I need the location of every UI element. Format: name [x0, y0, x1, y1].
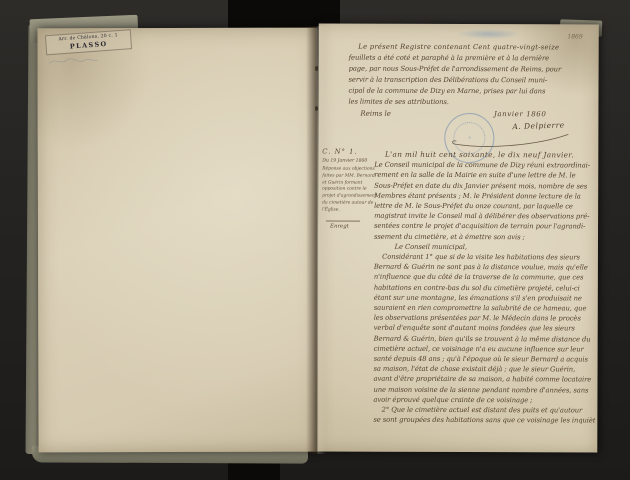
scanned-register-spread: Arr. de Châlons, 20 c. 1 PLASSO 1869 Le …: [0, 0, 630, 480]
handwritten-line: feuillets a été coté et paraphé à la pre…: [349, 53, 593, 65]
pencil-folio-number: 1869: [567, 33, 582, 40]
scanner-background-notch-bottom: [228, 462, 280, 480]
binding-stitch-icon: [315, 66, 318, 71]
handwritten-line: cipal de la commune de Dizy en Marne, pr…: [348, 86, 592, 98]
handwritten-line: Sous-Préfet en date du dix Janvier prése…: [374, 180, 596, 191]
margin-annotations: C. N° 1. Du 19 Janvier 1860 Réponse aux …: [322, 148, 374, 230]
handwritten-line: Réponse aux objections: [322, 167, 374, 174]
handwritten-line: ssement du cimetière, et à émettre son a…: [374, 231, 596, 242]
date-label: Janvier 1860: [494, 110, 546, 118]
binding-stitch-icon: [315, 106, 318, 111]
handwritten-line: une maison voisine de la sienne pendant …: [373, 384, 595, 395]
handwritten-line: Bernard & Guérin, bien qu'ils se trouven…: [374, 333, 596, 344]
place-label: Reims le: [360, 110, 391, 118]
deliberation-date: Du 19 Janvier 1860: [322, 159, 374, 164]
prefect-certification-paragraph: Le présent Registre contenant Cent quatr…: [348, 42, 592, 109]
handwritten-line: sentées contre le projet d'acquisition d…: [374, 221, 596, 232]
deliberation-body-text: L'an mil huit cent soixante, le dix neuf…: [373, 150, 596, 426]
handwritten-line: faites par MM. Bernard: [322, 173, 374, 180]
margin-rule: [326, 220, 360, 221]
handwritten-line: servir à la transcription des Délibérati…: [349, 75, 593, 87]
handwritten-line: les limites de ses attributions.: [348, 97, 592, 109]
handwritten-line: Le présent Registre contenant Cent quatr…: [349, 42, 593, 54]
ink-smear: [457, 29, 521, 39]
book-gutter-shadow: [306, 26, 326, 454]
archive-stamp-label: Arr. de Châlons, 20 c. 1 PLASSO: [45, 29, 132, 55]
handwritten-line: rement en la salle de la Mairie en suite…: [374, 170, 596, 181]
handwritten-line: page, par nous Sous-Préfet de l'arrondis…: [349, 64, 593, 76]
right-page: 1869 Le présent Registre contenant Cent …: [317, 24, 598, 453]
margin-approval: Enregt: [330, 223, 374, 229]
handwritten-line: verbal d'enquête sont d'autant moins fon…: [374, 323, 596, 334]
round-stamp-center: ✳: [467, 136, 471, 141]
deliberation-number: C. N° 1.: [322, 148, 374, 156]
margin-note: Réponse aux objectionsfaites par MM. Ber…: [322, 167, 374, 215]
handwritten-line: l'Église.: [322, 207, 374, 214]
left-page: Arr. de Châlons, 20 c. 1 PLASSO: [37, 28, 318, 453]
handwritten-line: du cimetière autour de: [322, 201, 374, 208]
handwritten-line: habitations en contre-bas du sol du cime…: [374, 282, 596, 293]
handwritten-line: se sont groupées des habitations sans qu…: [373, 415, 595, 426]
handwritten-line: avant d'être propriétaire de sa maison, …: [373, 374, 595, 385]
pencil-scribble-icon: [48, 54, 100, 68]
handwritten-line: n'influence que du côté de la traverse d…: [374, 272, 596, 283]
